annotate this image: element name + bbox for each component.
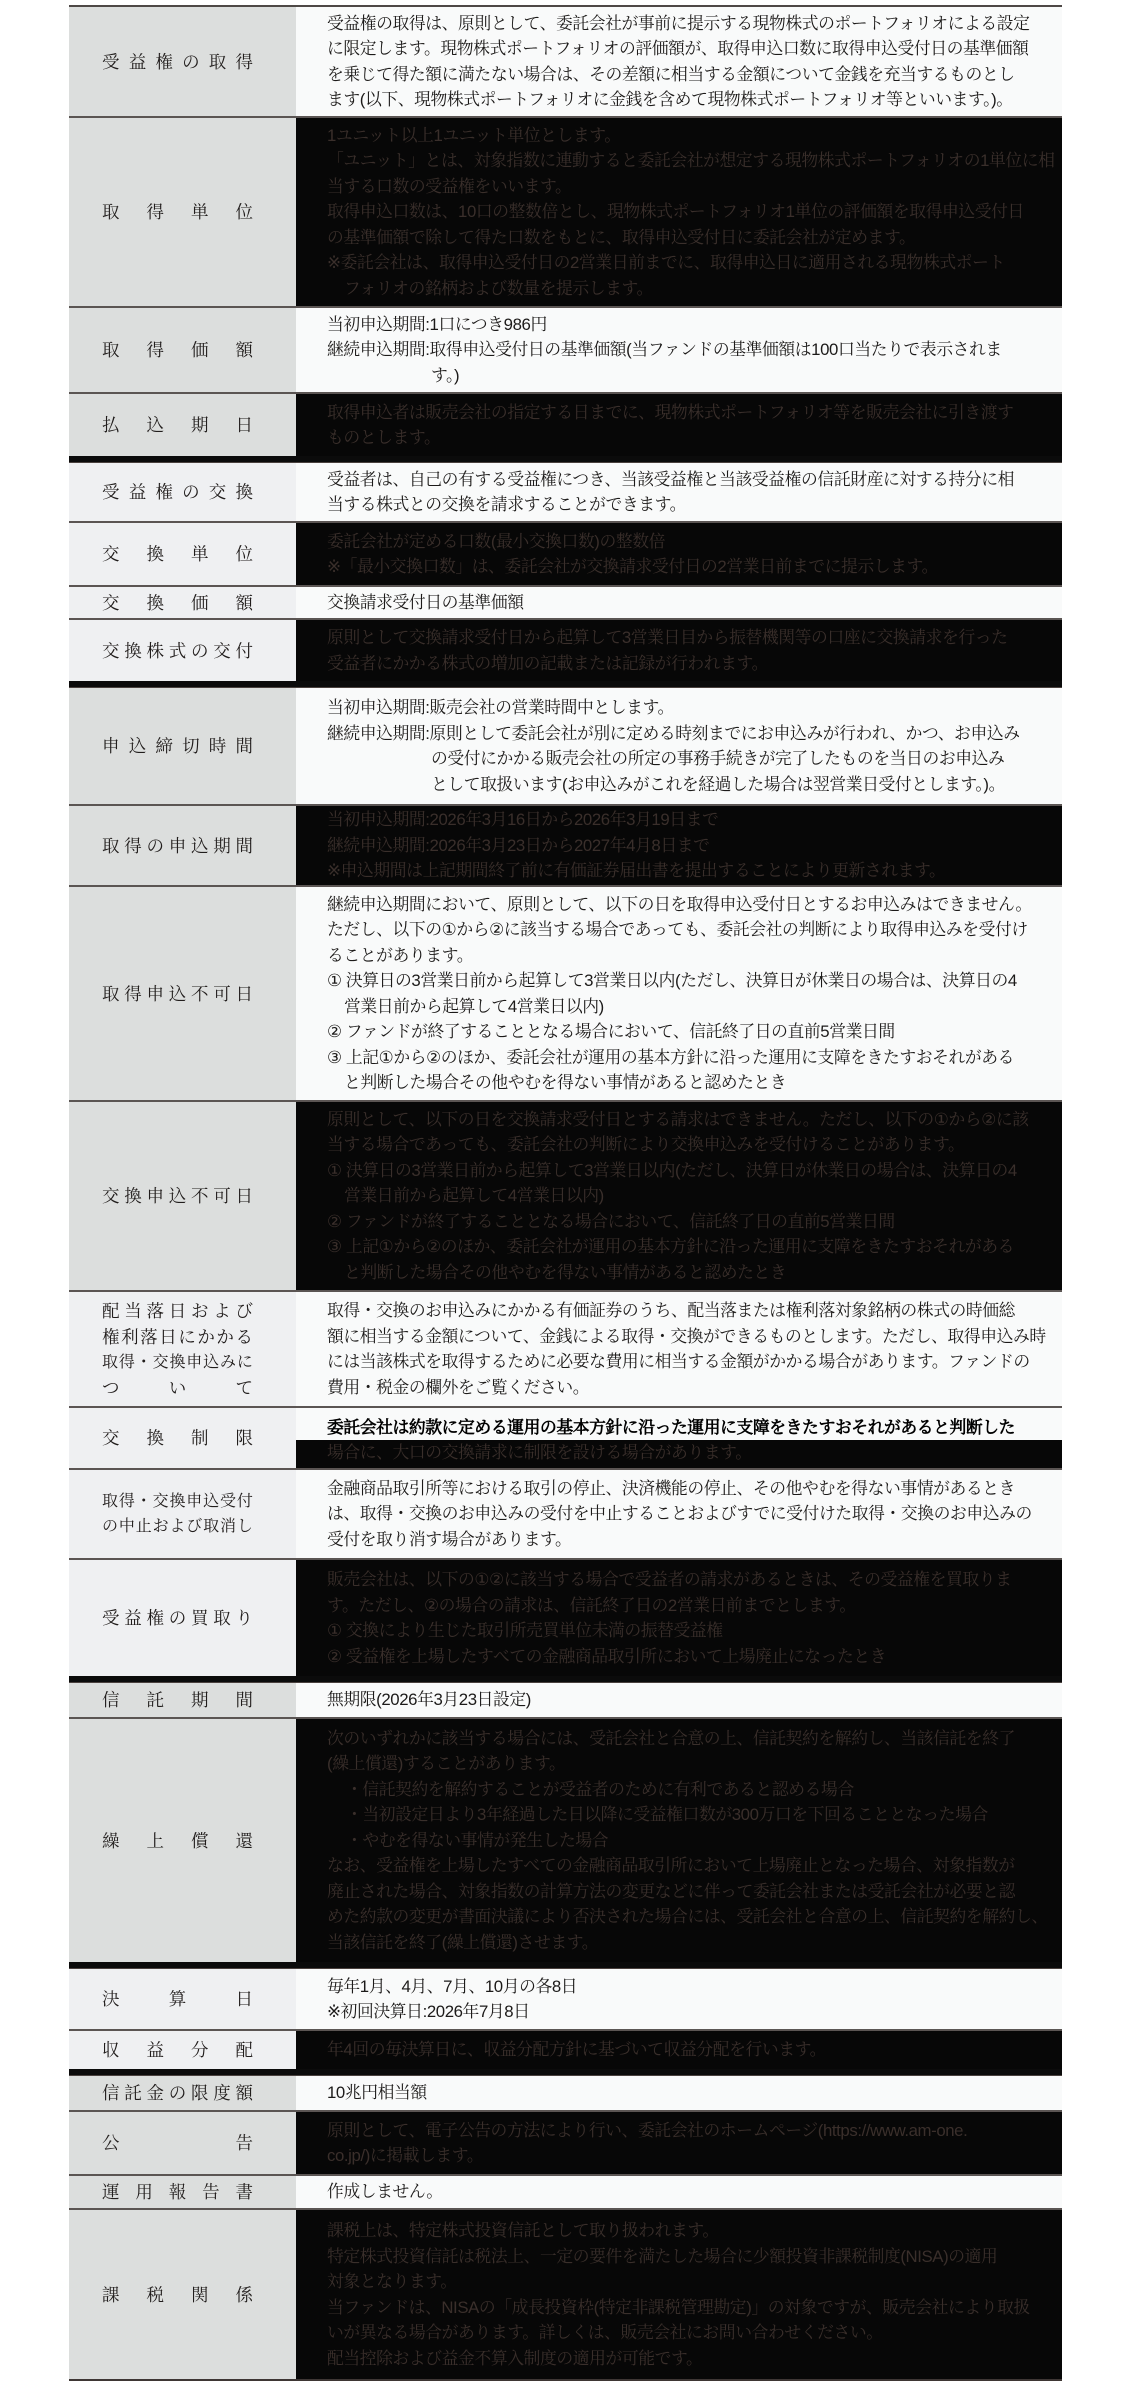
- row-exchange-blackout-days: 交換申込不可日 原則として、以下の日を交換請求受付日とする請求はできません。ただ…: [69, 1102, 1062, 1292]
- content-band-visible: 委託会社は約款に定める運用の基本方針に沿った運用に支障をきたすおそれがあると判断…: [296, 1408, 1062, 1440]
- content-line: 継続申込期間:原則として委託会社が別に定める時刻までにお申込みが行われ、かつ、お…: [327, 721, 1062, 747]
- content-note-continuation: フォリオの銘柄および数量を提示します。: [327, 276, 1062, 302]
- content-line: 継続申込期間:取得申込受付日の基準価額(当ファンドの基準価額は100口当たりで表…: [327, 337, 1062, 363]
- content-line: 金融商品取引所等における取引の停止、決済機能の停止、その他やむを得ない事情がある…: [327, 1476, 1062, 1502]
- content-line: に限定します。現物株式ポートフォリオの評価額が、取得申込口数に取得申込受付日の基…: [327, 36, 1062, 62]
- content-line: 受益権の取得は、原則として、委託会社が事前に提示する現物株式のポートフォリオによ…: [327, 11, 1062, 37]
- row-label: 取得・交換申込受付 の中止および取消し: [69, 1470, 296, 1558]
- content-line: 原則として、電子公告の方法により行い、委託会社のホームページ(https://w…: [327, 2118, 1062, 2144]
- row-label-text: 決算日: [102, 1986, 253, 2012]
- content-line: 場合に、大口の交換請求に制限を設ける場合があります。: [327, 1440, 1062, 1466]
- content-list-item: ② ファンドが終了することとなる場合において、信託終了日の直前5営業日間: [327, 1019, 1062, 1045]
- content-list-item: ② ファンドが終了することとなる場合において、信託終了日の直前5営業日間: [327, 1209, 1062, 1235]
- row-label-text: ついて: [102, 1375, 253, 1401]
- row-label: 収益分配: [69, 2031, 296, 2069]
- row-content: 当初申込期間:1口につき986円 継続申込期間:取得申込受付日の基準価額(当ファ…: [296, 308, 1062, 392]
- row-content-redacted: 課税上は、特定株式投資信託として取り扱われます。 特定株式投資信託は税法上、一定…: [296, 2210, 1062, 2379]
- content-line: 継続申込期間:2026年3月23日から2027年4月8日まで: [327, 833, 1062, 859]
- row-label-text: 信託期間: [102, 1687, 253, 1713]
- row-acquisition-unit: 取得単位 1ユニット以上1ユニット単位とします。 「ユニット」とは、対象指数に連…: [69, 118, 1062, 308]
- content-list-item: ① 決算日の3営業日前から起算して3営業日以内(ただし、決算日が休業日の場合は、…: [327, 1158, 1062, 1184]
- row-label-text: 取得・交換申込受付: [102, 1489, 253, 1514]
- row-content-redacted: 年4回の毎決算日に、収益分配方針に基づいて収益分配を行います。: [296, 2031, 1062, 2069]
- content-line: 費用・税金の欄外をご覧ください。: [327, 1375, 1062, 1401]
- content-line: 1ユニット以上1ユニット単位とします。: [327, 123, 1062, 149]
- row-exchange-price: 交換価額 交換請求受付日の基準価額: [69, 587, 1062, 620]
- row-label-text: の中止および取消し: [102, 1514, 253, 1539]
- section-divider: [69, 2069, 1062, 2076]
- content-line: 当初申込期間:2026年3月16日から2026年3月19日まで: [327, 807, 1062, 833]
- row-payment-date: 払込期日 取得申込者は販売会社の指定する日までに、現物株式ポートフォリオ等を販売…: [69, 394, 1062, 456]
- content-bullet-item: ・やむを得ない事情が発生した場合: [327, 1828, 1062, 1854]
- row-fiscal-closing-date: 決算日 毎年1月、4月、7月、10月の各8日 ※初回決算日:2026年7月8日: [69, 1969, 1062, 2031]
- content-line: の基準価額で除して得た口数をもとに、取得申込受付日に委託会社が定めます。: [327, 225, 1062, 251]
- row-label: 公告: [69, 2112, 296, 2174]
- content-line: いが異なる場合があります。詳しくは、販売会社にお問い合わせください。: [327, 2320, 1062, 2346]
- row-label-text: 権利落日にかかる: [102, 1324, 253, 1350]
- row-label: 交換株式の交付: [69, 620, 296, 681]
- content-list-item-continuation: 営業日前から起算して4営業日以内): [327, 1183, 1062, 1209]
- row-label: 交換制限: [69, 1408, 296, 1468]
- row-content: 10兆円相当額: [296, 2076, 1062, 2110]
- row-label-text: 信託金の限度額: [102, 2080, 253, 2106]
- row-content-redacted: 委託会社が定める口数(最小交換口数)の整数倍 ※「最小交換口数」は、委託会社が交…: [296, 523, 1062, 585]
- section-divider: [69, 1962, 1062, 1969]
- content-note: ※委託会社は、取得申込受付日の2営業日前までに、取得申込日に適用される現物株式ポ…: [327, 250, 1062, 276]
- content-note: ※「最小交換口数」は、委託会社が交換請求受付日の2営業日前までに提示します。: [327, 554, 1062, 580]
- content-line: なお、受益権を上場したすべての金融商品取引所において上場廃止となった場合、対象指…: [327, 1853, 1062, 1879]
- content-line: 原則として交換請求受付日から起算して3営業日目から振替機関等の口座に交換請求を行…: [327, 625, 1062, 651]
- content-line: (繰上償還)することがあります。: [327, 1751, 1062, 1777]
- content-line: 額に相当する金額について、金銭による取得・交換ができるものとします。ただし、取得…: [327, 1324, 1062, 1350]
- content-bullet-item: ・当初設定日より3年経過した日以降に受益権口数が300万口を下回ることとなった場…: [327, 1802, 1062, 1828]
- row-label-text: 交換単位: [102, 541, 253, 567]
- content-line: 販売会社は、以下の①②に該当する場合で受益者の請求があるときは、その受益権を買取…: [327, 1567, 1062, 1593]
- fund-terms-table: 受益権の取得 受益権の取得は、原則として、委託会社が事前に提示する現物株式のポー…: [69, 5, 1062, 2381]
- row-label: 交換単位: [69, 523, 296, 585]
- row-content: 毎年1月、4月、7月、10月の各8日 ※初回決算日:2026年7月8日: [296, 1969, 1062, 2029]
- row-label-text: 交換価額: [102, 590, 253, 616]
- row-public-notice: 公告 原則として、電子公告の方法により行い、委託会社のホームページ(https:…: [69, 2112, 1062, 2176]
- content-line: 年4回の毎決算日に、収益分配方針に基づいて収益分配を行います。: [327, 2037, 1062, 2063]
- row-label-text: 運用報告書: [102, 2179, 253, 2205]
- content-list-item-continuation: と判断した場合その他やむを得ない事情があると認めたとき: [327, 1070, 1062, 1096]
- row-label-text: 払込期日: [102, 412, 253, 438]
- row-trust-period: 信託期間 無期限(2026年3月23日設定): [69, 1683, 1062, 1719]
- content-line: 次のいずれかに該当する場合には、受託会社と合意の上、信託契約を解約し、当該信託を…: [327, 1726, 1062, 1752]
- content-line: を乗じて得た額に満たない場合は、その差額に相当する金額について金銭を充当するもの…: [327, 62, 1062, 88]
- row-taxation: 課税関係 課税上は、特定株式投資信託として取り扱われます。 特定株式投資信託は税…: [69, 2210, 1062, 2381]
- row-label-text: 繰上償還: [102, 1828, 253, 1854]
- row-acquisition-application-period: 取得の申込期間 当初申込期間:2026年3月16日から2026年3月19日まで …: [69, 806, 1062, 887]
- section-divider: [69, 681, 1062, 688]
- content-line: ることがあります。: [327, 943, 1062, 969]
- content-line: 対象となります。: [327, 2269, 1062, 2295]
- row-label-text: 受益権の交換: [102, 479, 253, 505]
- row-label: 受益権の取得: [69, 7, 296, 116]
- row-label-text: 受益権の買取り: [102, 1605, 253, 1631]
- row-label: 払込期日: [69, 394, 296, 456]
- content-line: 受付を取り消す場合があります。: [327, 1527, 1062, 1553]
- row-beneficiary-rights-repurchase: 受益権の買取り 販売会社は、以下の①②に該当する場合で受益者の請求があるときは、…: [69, 1560, 1062, 1676]
- row-content: 受益権の取得は、原則として、委託会社が事前に提示する現物株式のポートフォリオによ…: [296, 7, 1062, 116]
- row-content-partially-redacted: 委託会社は約款に定める運用の基本方針に沿った運用に支障をきたすおそれがあると判断…: [296, 1408, 1062, 1468]
- content-line: 当初申込期間:1口につき986円: [327, 312, 1062, 338]
- row-label-text: 収益分配: [102, 2037, 253, 2063]
- row-exchange-restrictions: 交換制限 委託会社は約款に定める運用の基本方針に沿った運用に支障をきたすおそれが…: [69, 1408, 1062, 1470]
- content-line-continuation: の受付にかかる販売会社の所定の事務手続きが完了したものを当日のお申込み: [327, 746, 1062, 772]
- content-line: 配当控除および益金不算入制度の適用が可能です。: [327, 2346, 1062, 2372]
- row-label: 交換価額: [69, 587, 296, 618]
- row-acquisition-blackout-days: 取得申込不可日 継続申込期間において、原則として、以下の日を取得申込受付日とする…: [69, 887, 1062, 1102]
- row-ex-dividend-ex-rights-applications: 配当落日および 権利落日にかかる 取得・交換申込みに ついて 取得・交換のお申込…: [69, 1292, 1062, 1408]
- content-line: ものとします。: [327, 425, 1062, 451]
- content-list-item: ② 受益権を上場したすべての金融商品取引所において上場廃止になったとき: [327, 1644, 1062, 1670]
- row-label-text: 公告: [102, 2130, 253, 2156]
- row-content-redacted: 原則として、電子公告の方法により行い、委託会社のホームページ(https://w…: [296, 2112, 1062, 2174]
- content-line-bold: 委託会社は約款に定める運用の基本方針に沿った運用に支障をきたすおそれがあると判断…: [327, 1415, 1015, 1441]
- row-label-text: 取得・交換申込みに: [102, 1350, 253, 1375]
- content-line: す。ただし、②の場合の請求は、信託終了日の2営業日前までとします。: [327, 1593, 1062, 1619]
- row-label-text: 交換制限: [102, 1425, 253, 1451]
- content-line: 作成しません。: [327, 2179, 1062, 2205]
- content-line-continuation: す。): [327, 363, 1062, 389]
- content-line: 受益者にかかる株式の増加の記載または記録が行われます。: [327, 651, 1062, 677]
- content-line: co.jp/)に掲載します。: [327, 2143, 1062, 2169]
- row-content-redacted: 当初申込期間:2026年3月16日から2026年3月19日まで 継続申込期間:2…: [296, 806, 1062, 885]
- row-label-text: 取得価額: [102, 337, 253, 363]
- content-list-item: ① 決算日の3営業日前から起算して3営業日以内(ただし、決算日が休業日の場合は、…: [327, 968, 1062, 994]
- row-label-text: 申込締切時間: [102, 733, 253, 759]
- row-label: 決算日: [69, 1969, 296, 2029]
- row-label-text: 取得単位: [102, 199, 253, 225]
- row-content-redacted: 次のいずれかに該当する場合には、受託会社と合意の上、信託契約を解約し、当該信託を…: [296, 1719, 1062, 1962]
- content-list-item-continuation: と判断した場合その他やむを得ない事情があると認めたとき: [327, 1260, 1062, 1286]
- content-line: 取得・交換のお申込みにかかる有価証券のうち、配当落または権利落対象銘柄の株式の時…: [327, 1298, 1062, 1324]
- row-label: 繰上償還: [69, 1719, 296, 1962]
- content-line: 取得申込口数は、10口の整数倍とし、現物株式ポートフォリオ1単位の評価額を取得申…: [327, 199, 1062, 225]
- row-label: 受益権の買取り: [69, 1560, 296, 1676]
- row-early-redemption: 繰上償還 次のいずれかに該当する場合には、受託会社と合意の上、信託契約を解約し、…: [69, 1719, 1062, 1962]
- content-line: 委託会社が定める口数(最小交換口数)の整数倍: [327, 529, 1062, 555]
- content-line: 当ファンドは、NISAの「成長投資枠(特定非課税管理勘定)」の対象ですが、販売会…: [327, 2295, 1062, 2321]
- row-content: 金融商品取引所等における取引の停止、決済機能の停止、その他やむを得ない事情がある…: [296, 1470, 1062, 1558]
- content-line: は、取得・交換のお申込みの受付を中止することおよびすでに受付けた取得・交換のお申…: [327, 1501, 1062, 1527]
- row-label: 運用報告書: [69, 2176, 296, 2208]
- row-label: 信託金の限度額: [69, 2076, 296, 2110]
- row-trust-amount-limit: 信託金の限度額 10兆円相当額: [69, 2076, 1062, 2112]
- content-line: めた約款の変更が書面決議により否決された場合には、受託会社と合意の上、信託契約を…: [327, 1904, 1062, 1930]
- row-label: 取得単位: [69, 118, 296, 306]
- row-application-deadline: 申込締切時間 当初申込期間:販売会社の営業時間中とします。 継続申込期間:原則と…: [69, 688, 1062, 806]
- content-line: 継続申込期間において、原則として、以下の日を取得申込受付日とするお申込みはできま…: [327, 892, 1062, 918]
- content-line: 当する場合であっても、委託会社の判断により交換申込みを受付けることがあります。: [327, 1132, 1062, 1158]
- row-content-redacted: 取得申込者は販売会社の指定する日までに、現物株式ポートフォリオ等を販売会社に引き…: [296, 394, 1062, 456]
- row-acquisition-price: 取得価額 当初申込期間:1口につき986円 継続申込期間:取得申込受付日の基準価…: [69, 308, 1062, 394]
- row-label-text: 交換申込不可日: [102, 1183, 253, 1209]
- row-content: 作成しません。: [296, 2176, 1062, 2208]
- content-line: 当する株式との交換を請求することができます。: [327, 492, 1062, 518]
- row-label-text: 取得の申込期間: [102, 833, 253, 859]
- row-label: 交換申込不可日: [69, 1102, 296, 1290]
- row-suspension-and-cancellation: 取得・交換申込受付 の中止および取消し 金融商品取引所等における取引の停止、決済…: [69, 1470, 1062, 1560]
- content-line: には当該株式を取得するために必要な費用に相当する金額がかかる場合があります。ファ…: [327, 1349, 1062, 1375]
- content-line: 特定株式投資信託は税法上、一定の要件を満たした場合に少額投資非課税制度(NISA…: [327, 2244, 1062, 2270]
- content-list-item: ① 交換により生じた取引所売買単位未満の振替受益権: [327, 1618, 1062, 1644]
- content-note: ※申込期間は上記期間終了前に有価証券届出書を提出することにより更新されます。: [327, 858, 1062, 884]
- content-line: 課税上は、特定株式投資信託として取り扱われます。: [327, 2218, 1062, 2244]
- content-bullet-item: ・信託契約を解約することが受益者のために有利であると認める場合: [327, 1777, 1062, 1803]
- content-list-item-continuation: 営業日前から起算して4営業日以内): [327, 994, 1062, 1020]
- row-content: 当初申込期間:販売会社の営業時間中とします。 継続申込期間:原則として委託会社が…: [296, 688, 1062, 804]
- row-content: 継続申込期間において、原則として、以下の日を取得申込受付日とするお申込みはできま…: [296, 887, 1062, 1100]
- row-content-redacted: 1ユニット以上1ユニット単位とします。 「ユニット」とは、対象指数に連動すると委…: [296, 118, 1062, 306]
- content-line-continuation: として取扱います(お申込みがこれを経過した場合は翌営業日受付とします。)。: [327, 772, 1062, 798]
- row-content-redacted: 原則として交換請求受付日から起算して3営業日目から振替機関等の口座に交換請求を行…: [296, 620, 1062, 681]
- row-label: 取得価額: [69, 308, 296, 392]
- content-line: 当該信託を終了(繰上償還)させます。: [327, 1930, 1062, 1956]
- row-label: 取得の申込期間: [69, 806, 296, 885]
- content-line: 交換請求受付日の基準価額: [327, 590, 1062, 616]
- content-line: 当初申込期間:販売会社の営業時間中とします。: [327, 695, 1062, 721]
- row-content: 受益者は、自己の有する受益権につき、当該受益権と当該受益権の信託財産に対する持分…: [296, 463, 1062, 521]
- content-list-item: ③ 上記①から②のほか、委託会社が運用の基本方針に沿った運用に支障をきたすおそれ…: [327, 1045, 1062, 1071]
- row-beneficiary-rights-acquisition: 受益権の取得 受益権の取得は、原則として、委託会社が事前に提示する現物株式のポー…: [69, 7, 1062, 118]
- row-label-text: 取得申込不可日: [102, 981, 253, 1007]
- content-list-item: ③ 上記①から②のほか、委託会社が運用の基本方針に沿った運用に支障をきたすおそれ…: [327, 1234, 1062, 1260]
- section-divider: [69, 456, 1062, 463]
- row-exchange-share-delivery: 交換株式の交付 原則として交換請求受付日から起算して3営業日目から振替機関等の口…: [69, 620, 1062, 681]
- row-label: 課税関係: [69, 2210, 296, 2379]
- content-line: 受益者は、自己の有する受益権につき、当該受益権と当該受益権の信託財産に対する持分…: [327, 467, 1062, 493]
- section-divider: [69, 1676, 1062, 1683]
- row-label-text: 配当落日および: [102, 1298, 253, 1324]
- row-content: 取得・交換のお申込みにかかる有価証券のうち、配当落または権利落対象銘柄の株式の時…: [296, 1292, 1062, 1406]
- content-line: ただし、以下の①から②に該当する場合であっても、委託会社の判断により取得申込みを…: [327, 917, 1062, 943]
- content-line: 廃止された場合、対象指数の計算方法の変更などに伴って委託会社または受託会社が必要…: [327, 1879, 1062, 1905]
- row-label-text: 交換株式の交付: [102, 638, 253, 664]
- content-line: 無期限(2026年3月23日設定): [327, 1687, 1062, 1713]
- row-label: 取得申込不可日: [69, 887, 296, 1100]
- row-exchange-unit: 交換単位 委託会社が定める口数(最小交換口数)の整数倍 ※「最小交換口数」は、委…: [69, 523, 1062, 587]
- row-content: 無期限(2026年3月23日設定): [296, 1683, 1062, 1717]
- content-line: 毎年1月、4月、7月、10月の各8日: [327, 1974, 1062, 2000]
- row-label: 受益権の交換: [69, 463, 296, 521]
- content-line: 当する口数の受益権をいいます。: [327, 174, 1062, 200]
- row-label: 申込締切時間: [69, 688, 296, 804]
- content-line: 原則として、以下の日を交換請求受付日とする請求はできません。ただし、以下の①から…: [327, 1107, 1062, 1133]
- row-income-distribution: 収益分配 年4回の毎決算日に、収益分配方針に基づいて収益分配を行います。: [69, 2031, 1062, 2069]
- row-label-text: 課税関係: [102, 2282, 253, 2308]
- content-line: 「ユニット」とは、対象指数に連動すると委託会社が想定する現物株式ポートフォリオの…: [327, 148, 1062, 174]
- content-line: ます(以下、現物株式ポートフォリオに金銭を含めて現物株式ポートフォリオ等といいま…: [327, 87, 1062, 113]
- content-band-redacted: 場合に、大口の交換請求に制限を設ける場合があります。: [296, 1440, 1062, 1468]
- row-label-text: 受益権の取得: [102, 49, 253, 75]
- row-beneficiary-rights-exchange: 受益権の交換 受益者は、自己の有する受益権につき、当該受益権と当該受益権の信託財…: [69, 463, 1062, 523]
- row-management-report: 運用報告書 作成しません。: [69, 2176, 1062, 2210]
- row-content: 交換請求受付日の基準価額: [296, 587, 1062, 618]
- row-label: 配当落日および 権利落日にかかる 取得・交換申込みに ついて: [69, 1292, 296, 1406]
- row-content-redacted: 原則として、以下の日を交換請求受付日とする請求はできません。ただし、以下の①から…: [296, 1102, 1062, 1290]
- row-label: 信託期間: [69, 1683, 296, 1717]
- content-line: 10兆円相当額: [327, 2080, 1062, 2106]
- content-line: 取得申込者は販売会社の指定する日までに、現物株式ポートフォリオ等を販売会社に引き…: [327, 400, 1062, 426]
- row-content-redacted: 販売会社は、以下の①②に該当する場合で受益者の請求があるときは、その受益権を買取…: [296, 1560, 1062, 1676]
- content-note: ※初回決算日:2026年7月8日: [327, 1999, 1062, 2025]
